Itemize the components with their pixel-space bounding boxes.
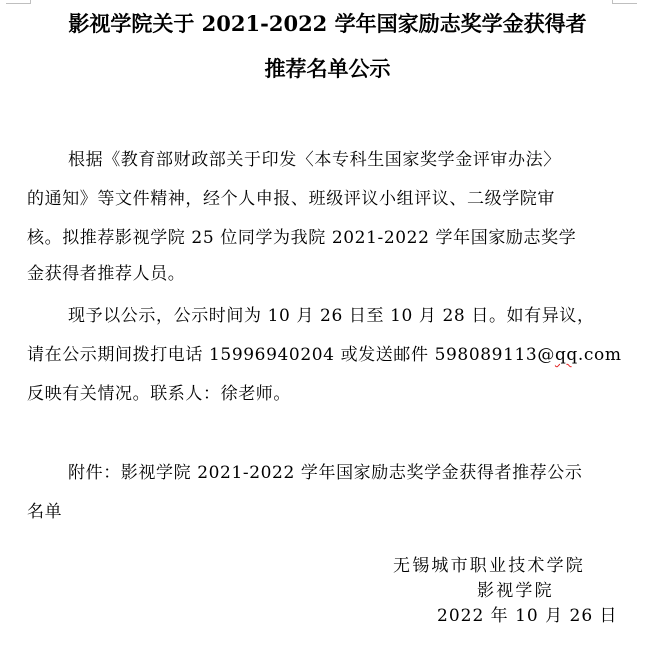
email-domain-suffix: .com: [578, 345, 622, 365]
paragraph-line: 金获得者推荐人员。: [27, 263, 185, 285]
signature-institution: 无锡城市职业技术学院: [393, 555, 585, 577]
paragraph-line: 现予以公示，公示时间为 10 月 26 日至 10 月 28 日。如有异议，: [68, 305, 595, 327]
spellcheck-flagged-word[interactable]: qq: [555, 345, 578, 365]
paragraph-line: 核。拟推荐影视学院 25 位同学为我院 2021-2022 学年国家励志奖学: [27, 227, 576, 249]
page-corner-mark-right: [612, 0, 637, 4]
signature-date: 2022 年 10 月 26 日: [437, 605, 618, 627]
paragraph-line-contact: 请在公示期间拨打电话 15996940204 或发送邮件 598089113@q…: [27, 344, 622, 366]
paragraph-line: 的通知》等文件精神，经个人申报、班级评议小组评议、二级学院审: [27, 188, 555, 210]
page-corner-mark-left: [6, 0, 31, 4]
attachment-line: 附件：影视学院 2021-2022 学年国家励志奖学金获得者推荐公示: [68, 462, 582, 484]
signature-department: 影视学院: [477, 580, 554, 602]
paragraph-line: 根据《教育部财政部关于印发〈本专科生国家奖学金评审办法〉: [68, 149, 561, 171]
contact-text: 请在公示期间拨打电话 15996940204 或发送邮件 598089113@: [27, 345, 555, 365]
document-title-line2: 推荐名单公示: [0, 57, 655, 81]
paragraph-line: 反映有关情况。联系人：徐老师。: [27, 383, 291, 405]
document-title-line1: 影视学院关于 2021-2022 学年国家励志奖学金获得者: [0, 12, 655, 36]
attachment-line: 名单: [27, 501, 62, 523]
